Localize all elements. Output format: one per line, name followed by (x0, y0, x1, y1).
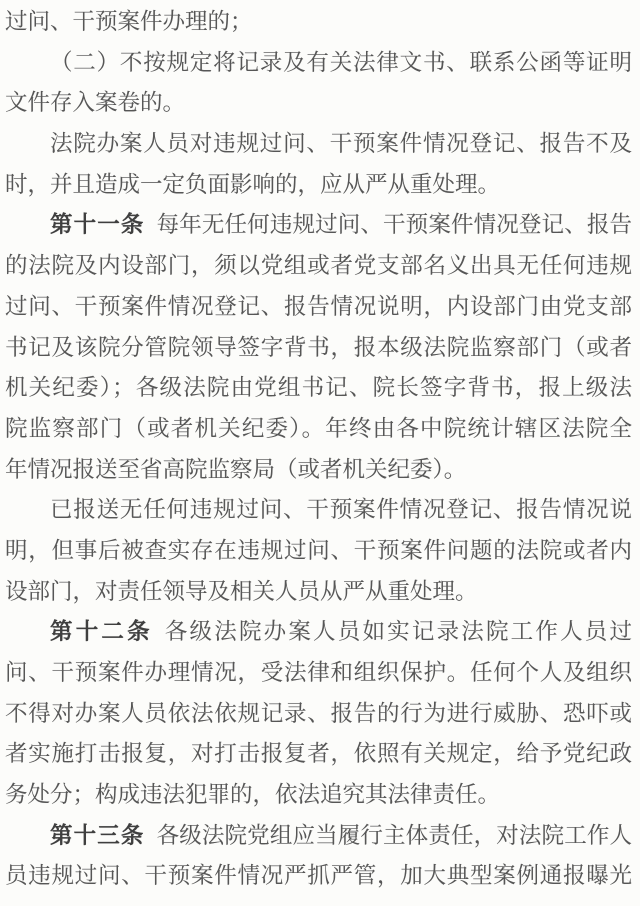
text-line: 年情况报送至省高院监察局（或者机关纪委）。 (5, 450, 632, 491)
line-text: 设部门，对责任领导及相关人员从严从重处理。 (5, 579, 478, 604)
text-line: 文件存入案卷的。 (5, 83, 632, 124)
text-line: 机关纪委）；各级法院由党组书记、院长签字背书，报上级法 (5, 368, 632, 409)
line-text: 问、干预案件办理情况，受法律和组织保护。任何个人及组织 (5, 660, 632, 685)
text-line: 时，并且造成一定负面影响的，应从严从重处理。 (5, 165, 632, 206)
text-line: 院监察部门（或者机关纪委）。年终由各中院统计辖区法院全 (5, 409, 632, 450)
line-text: 年情况报送至省高院监察局（或者机关纪委）。 (5, 457, 466, 482)
text-line: 明，但事后被查实存在违规过问、干预案件问题的法院或者内 (5, 531, 632, 572)
line-text: 过问、干预案件办理的； (5, 9, 253, 34)
text-line: 过问、干预案件情况登记、报告情况说明，内设部门由党支部 (5, 287, 632, 328)
line-text: 明，但事后被查实存在违规过问、干预案件问题的法院或者内 (5, 538, 632, 563)
text-line: 第十三条各级法院党组应当履行主体责任，对法院工作人 (5, 816, 632, 857)
text-line: 第十一条每年无任何违规过问、干预案件情况登记、报告 (5, 205, 632, 246)
line-text: 已报送无任何违规过问、干预案件情况登记、报告情况说 (50, 497, 632, 522)
line-text: 每年无任何违规过问、干预案件情况登记、报告 (157, 212, 632, 237)
line-text: 院监察部门（或者机关纪委）。年终由各中院统计辖区法院全 (5, 416, 632, 441)
text-line: 过问、干预案件办理的； (5, 2, 632, 43)
line-text: （二）不按规定将记录及有关法律文书、联系公函等证明 (50, 50, 632, 75)
line-text: 者实施打击报复，对打击报复者，依照有关规定，给予党纪政 (5, 741, 632, 766)
text-line: 务处分；构成违法犯罪的，依法追究其法律责任。 (5, 775, 632, 816)
article-number: 第十二条 (50, 619, 153, 644)
text-line: 第十二条各级法院办案人员如实记录法院工作人员过 (5, 612, 632, 653)
text-line: （二）不按规定将记录及有关法律文书、联系公函等证明 (5, 43, 632, 84)
line-text: 务处分；构成违法犯罪的，依法追究其法律责任。 (5, 782, 500, 807)
line-text: 文件存入案卷的。 (5, 90, 185, 115)
line-text: 时，并且造成一定负面影响的，应从严从重处理。 (5, 172, 500, 197)
text-line: 问、干预案件办理情况，受法律和组织保护。任何个人及组织 (5, 653, 632, 694)
article-number: 第十一条 (50, 212, 145, 237)
text-line: 的法院及内设部门，须以党组或者党支部名义出具无任何违规 (5, 246, 632, 287)
text-line: 设部门，对责任领导及相关人员从严从重处理。 (5, 572, 632, 613)
document-page: 过问、干预案件办理的；（二）不按规定将记录及有关法律文书、联系公函等证明文件存入… (0, 0, 640, 906)
line-text: 书记及该院分管院领导签字背书，报本级法院监察部门（或者 (5, 335, 632, 360)
line-text: 不得对办案人员依法依规记录、报告的行为进行威胁、恐吓或 (5, 701, 632, 726)
line-text: 各级法院党组应当履行主体责任，对法院工作人 (157, 823, 632, 848)
line-text: 过问、干预案件情况登记、报告情况说明，内设部门由党支部 (5, 294, 632, 319)
text-line: 法院办案人员对违规过问、干预案件情况登记、报告不及 (5, 124, 632, 165)
line-text: 各级法院办案人员如实记录法院工作人员过 (165, 619, 632, 644)
text-line: 不得对办案人员依法依规记录、报告的行为进行威胁、恐吓或 (5, 694, 632, 735)
text-line: 员违规过问、干预案件情况严抓严管，加大典型案例通报曝光 (5, 856, 632, 897)
text-line: 者实施打击报复，对打击报复者，依照有关规定，给予党纪政 (5, 734, 632, 775)
article-number: 第十三条 (50, 823, 145, 848)
text-line: 书记及该院分管院领导签字背书，报本级法院监察部门（或者 (5, 328, 632, 369)
line-text: 员违规过问、干预案件情况严抓严管，加大典型案例通报曝光 (5, 863, 632, 888)
line-text: 机关纪委）；各级法院由党组书记、院长签字背书，报上级法 (5, 375, 632, 400)
line-text: 的法院及内设部门，须以党组或者党支部名义出具无任何违规 (5, 253, 632, 278)
text-line: 已报送无任何违规过问、干预案件情况登记、报告情况说 (5, 490, 632, 531)
line-text: 法院办案人员对违规过问、干预案件情况登记、报告不及 (50, 131, 632, 156)
